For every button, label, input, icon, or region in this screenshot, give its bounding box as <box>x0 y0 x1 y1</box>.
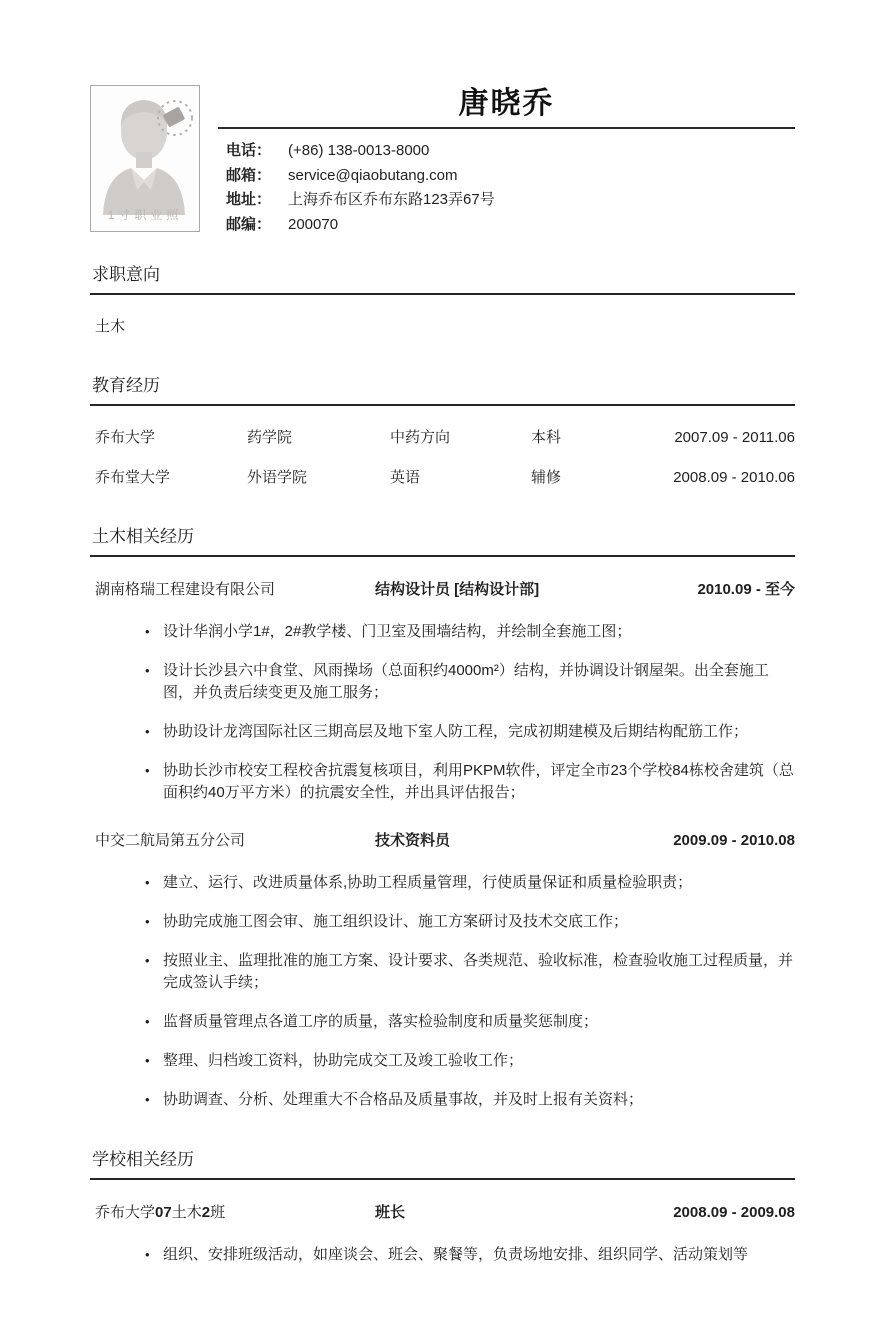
name-divider <box>218 127 795 129</box>
job-bullet: 协助长沙市校安工程校舍抗震复核项目，利用PKPM软件，评定全市23个学校84栋校… <box>143 760 795 804</box>
section-title-objective: 求职意向 <box>90 264 795 295</box>
email-value: service@qiaobutang.com <box>288 164 457 189</box>
address-value: 上海乔布区乔布东路123弄67号 <box>288 188 495 213</box>
job-period: 2008.09 - 2009.08 <box>673 1202 795 1223</box>
edu-period: 2007.09 - 2011.06 <box>662 428 795 448</box>
person-silhouette-icon <box>91 90 200 215</box>
edu-school: 乔布大学 <box>95 428 247 448</box>
job-header: 乔布大学07土木2班 班长 2008.09 - 2009.08 <box>95 1202 795 1223</box>
education-row: 乔布堂大学 外语学院 英语 辅修 2008.09 - 2010.06 <box>95 468 795 488</box>
contact-row-zipcode: 邮编： 200070 <box>226 213 795 238</box>
org-number: 07 <box>155 1204 172 1221</box>
edu-school: 乔布堂大学 <box>95 468 247 488</box>
address-label: 地址： <box>226 188 278 213</box>
job-bullet: 协助调查、分析、处理重大不合格品及质量事故，并及时上报有关资料； <box>143 1089 795 1111</box>
education-row: 乔布大学 药学院 中药方向 本科 2007.09 - 2011.06 <box>95 428 795 448</box>
job-entry: 乔布大学07土木2班 班长 2008.09 - 2009.08 组织、安排班级活… <box>95 1202 795 1266</box>
contact-row-address: 地址： 上海乔布区乔布东路123弄67号 <box>226 188 795 213</box>
job-bullet: 按照业主、监理批准的施工方案、设计要求、各类规范、验收标准，检查验收施工过程质量… <box>143 950 795 994</box>
edu-college: 外语学院 <box>247 468 390 488</box>
education-body: 乔布大学 药学院 中药方向 本科 2007.09 - 2011.06 乔布堂大学… <box>90 406 795 488</box>
job-org: 中交二航局第五分公司 <box>95 830 375 851</box>
header-right: 唐晓乔 电话： (+86) 138-0013-8000 邮箱： service@… <box>218 85 795 237</box>
job-org: 乔布大学07土木2班 <box>95 1202 375 1223</box>
section-title-civil-experience: 土木相关经历 <box>90 526 795 557</box>
job-role: 技术资料员 <box>375 830 673 851</box>
section-title-education: 教育经历 <box>90 375 795 406</box>
org-text: 班 <box>210 1204 225 1221</box>
job-bullet: 组织、安排班级活动，如座谈会、班会、聚餐等，负责场地安排、组织同学、活动策划等 <box>143 1244 795 1266</box>
job-entry: 中交二航局第五分公司 技术资料员 2009.09 - 2010.08 建立、运行… <box>95 830 795 1111</box>
org-text: 乔布大学 <box>95 1204 155 1221</box>
photo-caption: 1寸职业照 <box>108 206 183 231</box>
phone-label: 电话： <box>226 139 278 164</box>
job-bullet: 设计长沙县六中食堂、风雨操场（总面积约4000m²）结构，并协调设计钢屋架。出全… <box>143 660 795 704</box>
zipcode-value: 200070 <box>288 213 338 238</box>
edu-major: 英语 <box>390 468 531 488</box>
zipcode-label: 邮编： <box>226 213 278 238</box>
objective-body: 土木 <box>90 295 795 337</box>
section-objective: 求职意向 土木 <box>90 264 795 337</box>
edu-college: 药学院 <box>247 428 390 448</box>
school-experience-body: 乔布大学07土木2班 班长 2008.09 - 2009.08 组织、安排班级活… <box>90 1180 795 1266</box>
edu-period: 2008.09 - 2010.06 <box>662 468 795 488</box>
edu-degree: 本科 <box>531 428 662 448</box>
contact-row-phone: 电话： (+86) 138-0013-8000 <box>226 139 795 164</box>
org-number: 2 <box>202 1204 210 1221</box>
job-org: 湖南格瑞工程建设有限公司 <box>95 579 375 600</box>
job-period: 2010.09 - 至今 <box>697 579 795 600</box>
resume-header: 1寸职业照 唐晓乔 电话： (+86) 138-0013-8000 邮箱： se… <box>90 85 795 237</box>
job-bullet-list: 设计华润小学1#，2#教学楼、门卫室及围墙结构，并绘制全套施工图； 设计长沙县六… <box>95 621 795 804</box>
job-bullet: 协助设计龙湾国际社区三期高层及地下室人防工程，完成初期建模及后期结构配筋工作； <box>143 721 795 743</box>
job-bullet: 整理、归档竣工资料，协助完成交工及竣工验收工作； <box>143 1050 795 1072</box>
phone-value: (+86) 138-0013-8000 <box>288 139 429 164</box>
section-school-experience: 学校相关经历 乔布大学07土木2班 班长 2008.09 - 2009.08 组… <box>90 1149 795 1266</box>
contact-block: 电话： (+86) 138-0013-8000 邮箱： service@qiao… <box>218 139 795 237</box>
edu-major: 中药方向 <box>390 428 531 448</box>
job-bullet: 协助完成施工图会审、施工组织设计、施工方案研讨及技术交底工作； <box>143 911 795 933</box>
objective-text: 土木 <box>95 317 795 337</box>
section-title-school-experience: 学校相关经历 <box>90 1149 795 1180</box>
job-bullet: 建立、运行、改进质量体系,协助工程质量管理，行使质量保证和质量检验职责； <box>143 872 795 894</box>
contact-row-email: 邮箱： service@qiaobutang.com <box>226 164 795 189</box>
job-entry: 湖南格瑞工程建设有限公司 结构设计员 [结构设计部] 2010.09 - 至今 … <box>95 579 795 804</box>
org-text: 土木 <box>172 1204 202 1221</box>
job-bullet-list: 建立、运行、改进质量体系,协助工程质量管理，行使质量保证和质量检验职责； 协助完… <box>95 872 795 1111</box>
section-civil-experience: 土木相关经历 湖南格瑞工程建设有限公司 结构设计员 [结构设计部] 2010.0… <box>90 526 795 1111</box>
section-education: 教育经历 乔布大学 药学院 中药方向 本科 2007.09 - 2011.06 … <box>90 375 795 488</box>
candidate-name: 唐晓乔 <box>218 85 795 123</box>
job-bullet-list: 组织、安排班级活动，如座谈会、班会、聚餐等，负责场地安排、组织同学、活动策划等 <box>95 1244 795 1266</box>
photo-placeholder: 1寸职业照 <box>90 85 200 232</box>
email-label: 邮箱： <box>226 164 278 189</box>
job-period: 2009.09 - 2010.08 <box>673 830 795 851</box>
job-bullet: 设计华润小学1#，2#教学楼、门卫室及围墙结构，并绘制全套施工图； <box>143 621 795 643</box>
job-header: 湖南格瑞工程建设有限公司 结构设计员 [结构设计部] 2010.09 - 至今 <box>95 579 795 600</box>
job-header: 中交二航局第五分公司 技术资料员 2009.09 - 2010.08 <box>95 830 795 851</box>
civil-experience-body: 湖南格瑞工程建设有限公司 结构设计员 [结构设计部] 2010.09 - 至今 … <box>90 557 795 1111</box>
edu-degree: 辅修 <box>531 468 662 488</box>
resume-page: 1寸职业照 唐晓乔 电话： (+86) 138-0013-8000 邮箱： se… <box>0 0 884 1326</box>
job-bullet: 监督质量管理点各道工序的质量，落实检验制度和质量奖惩制度； <box>143 1011 795 1033</box>
job-role: 结构设计员 [结构设计部] <box>375 579 697 600</box>
job-role: 班长 <box>375 1202 673 1223</box>
